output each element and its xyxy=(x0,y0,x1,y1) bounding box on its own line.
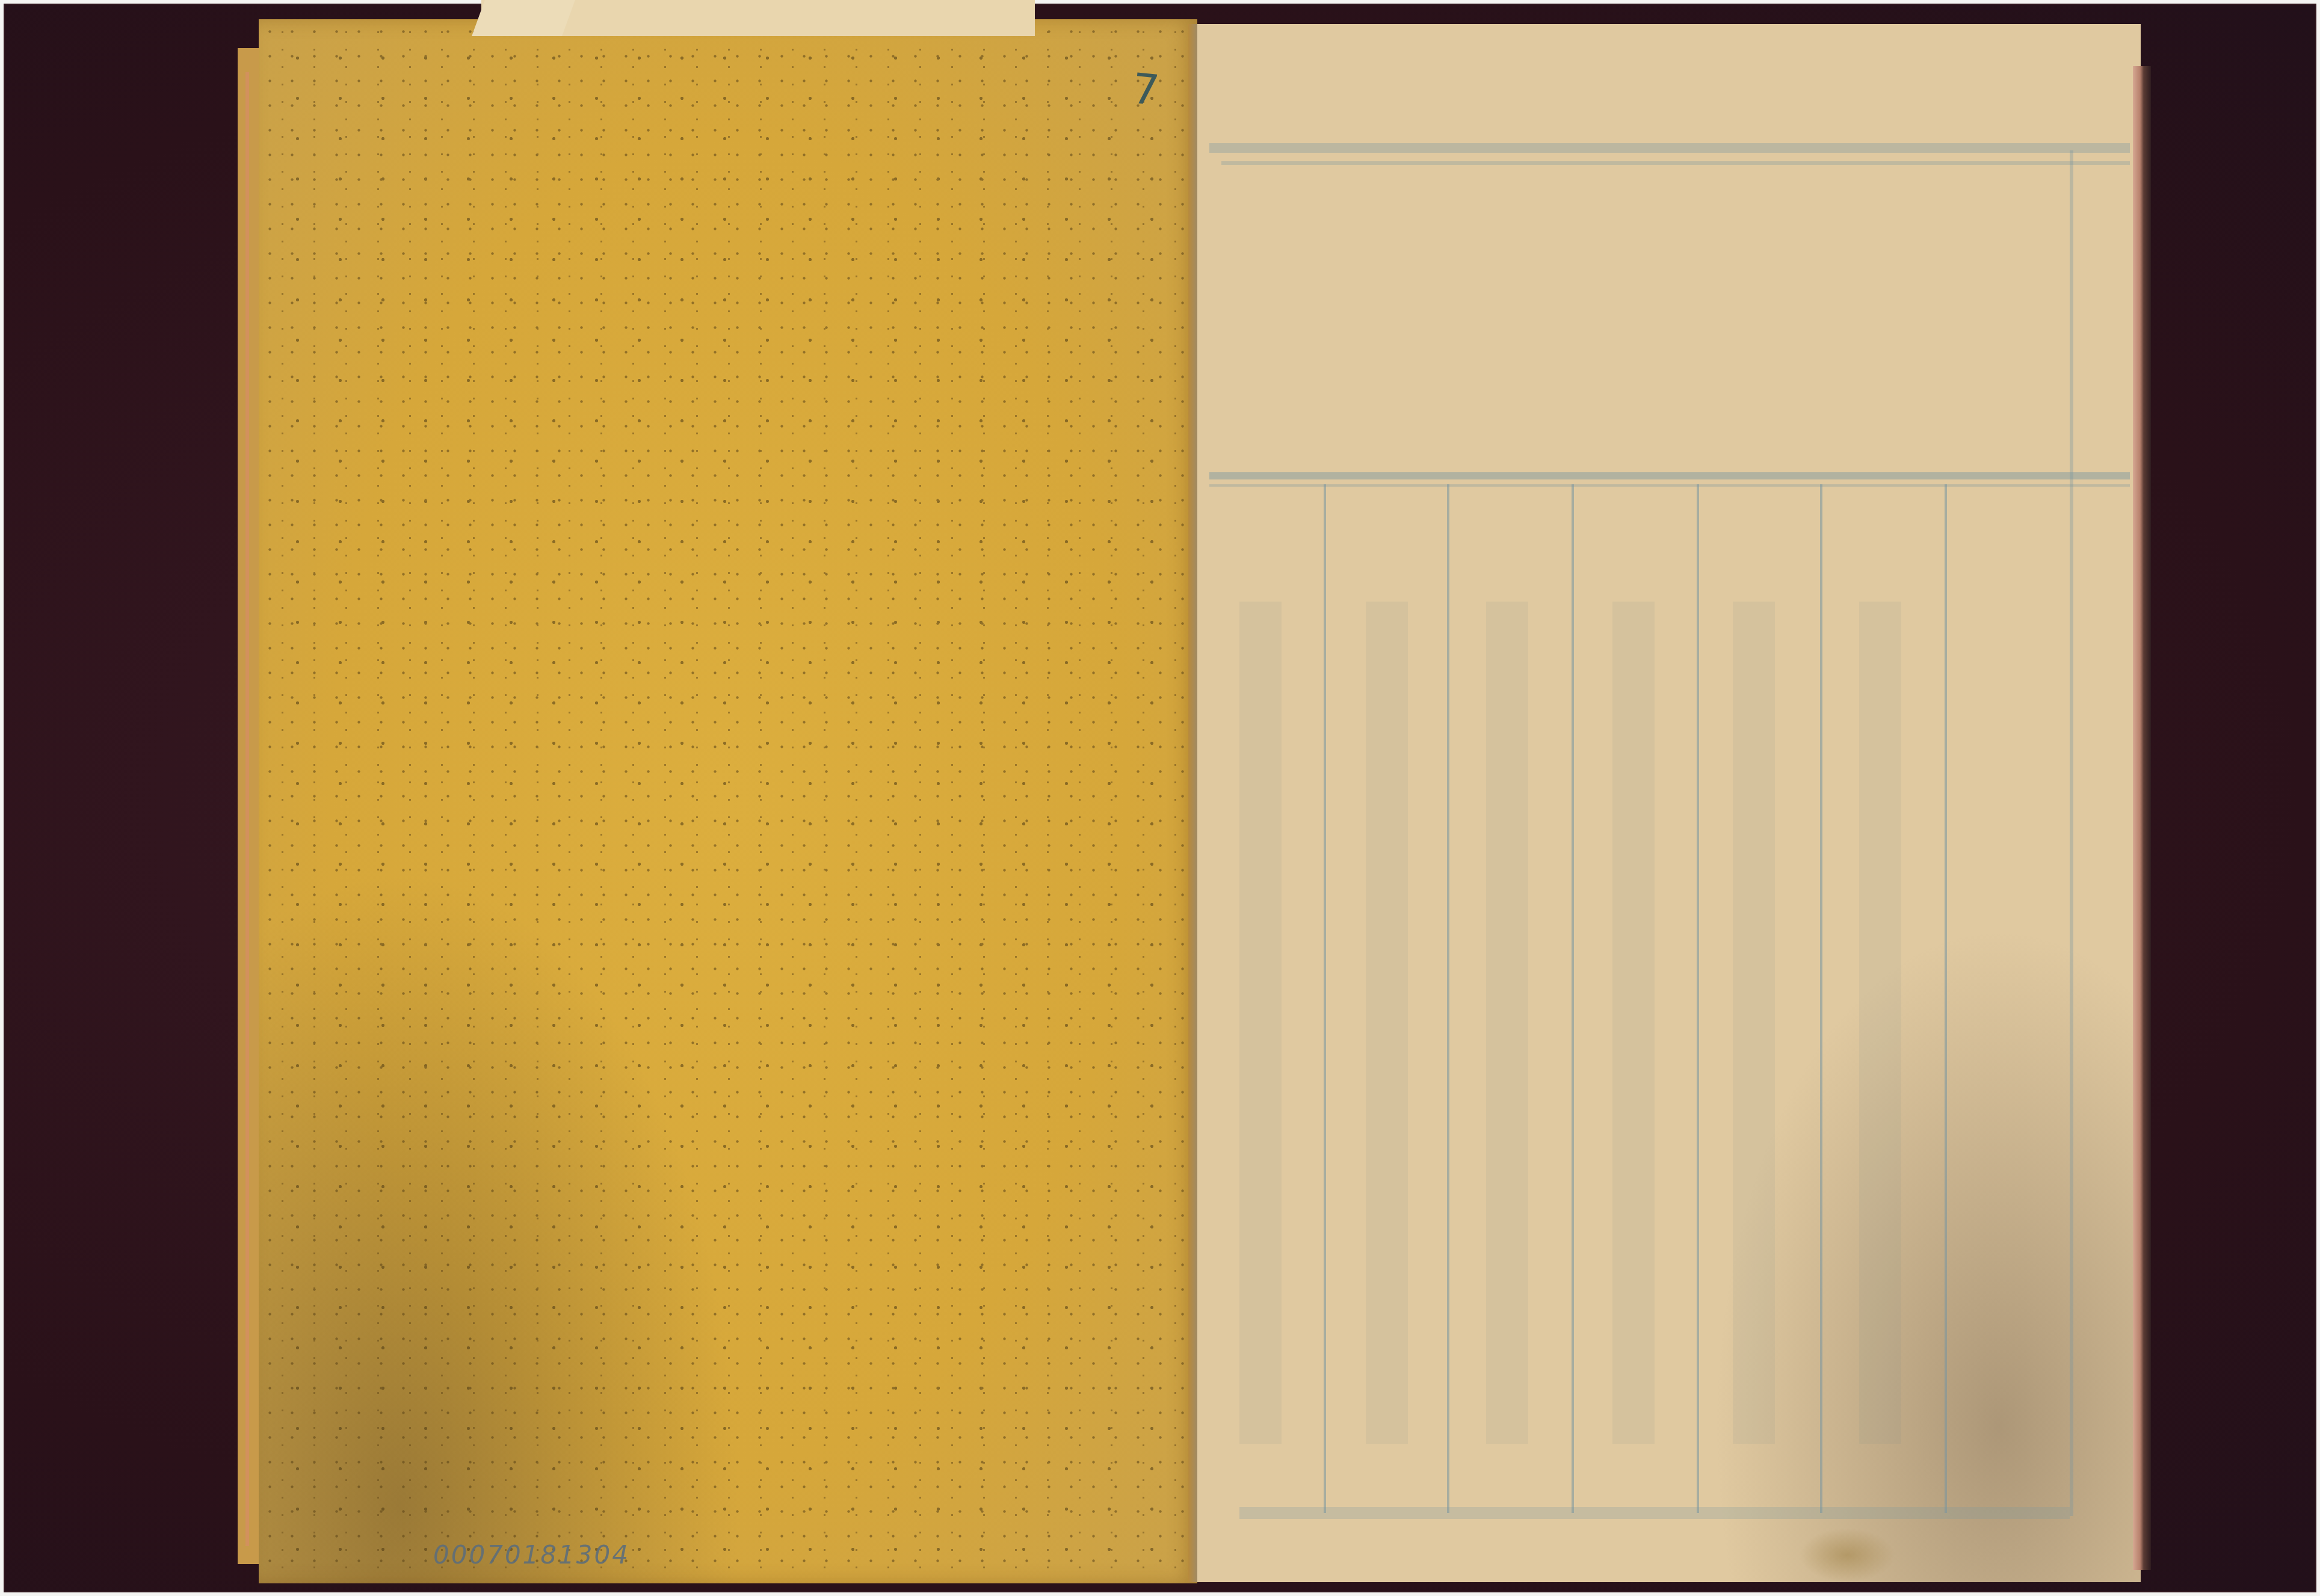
column-rule xyxy=(1447,484,1449,1513)
bleed-through-text xyxy=(1239,602,1282,1444)
left-page-fore-edge xyxy=(238,48,262,1564)
bleed-through-text xyxy=(1366,602,1408,1444)
paper-speckles xyxy=(259,19,1197,1583)
bleed-through-text xyxy=(1859,602,1901,1444)
column-rule xyxy=(1572,484,1574,1513)
right-page-fore-edge xyxy=(2133,66,2151,1570)
column-rule xyxy=(1697,484,1699,1513)
left-page-edge-stripe xyxy=(245,72,249,1546)
handwritten-page-number: 7 xyxy=(1130,64,1162,116)
water-stain xyxy=(1799,1528,1895,1582)
bleed-through-text xyxy=(1486,602,1528,1444)
frame-top-rule xyxy=(1209,143,2130,153)
handwritten-catalog-number: 00070181304 xyxy=(433,1540,630,1570)
column-rule xyxy=(1945,484,1947,1513)
bleed-through-text xyxy=(1612,602,1655,1444)
bleed-through-text xyxy=(1733,602,1775,1444)
column-rule xyxy=(1820,484,1822,1513)
left-page-endpaper xyxy=(259,19,1197,1583)
frame-header-rule xyxy=(1209,472,2130,479)
frame-right-rule xyxy=(2070,150,2073,1516)
column-rule xyxy=(1324,484,1326,1513)
frame-top-rule-thin xyxy=(1221,161,2130,165)
top-folded-corner xyxy=(472,0,575,36)
right-page-ruled xyxy=(1197,24,2141,1582)
frame-header-rule-thin xyxy=(1209,484,2130,487)
